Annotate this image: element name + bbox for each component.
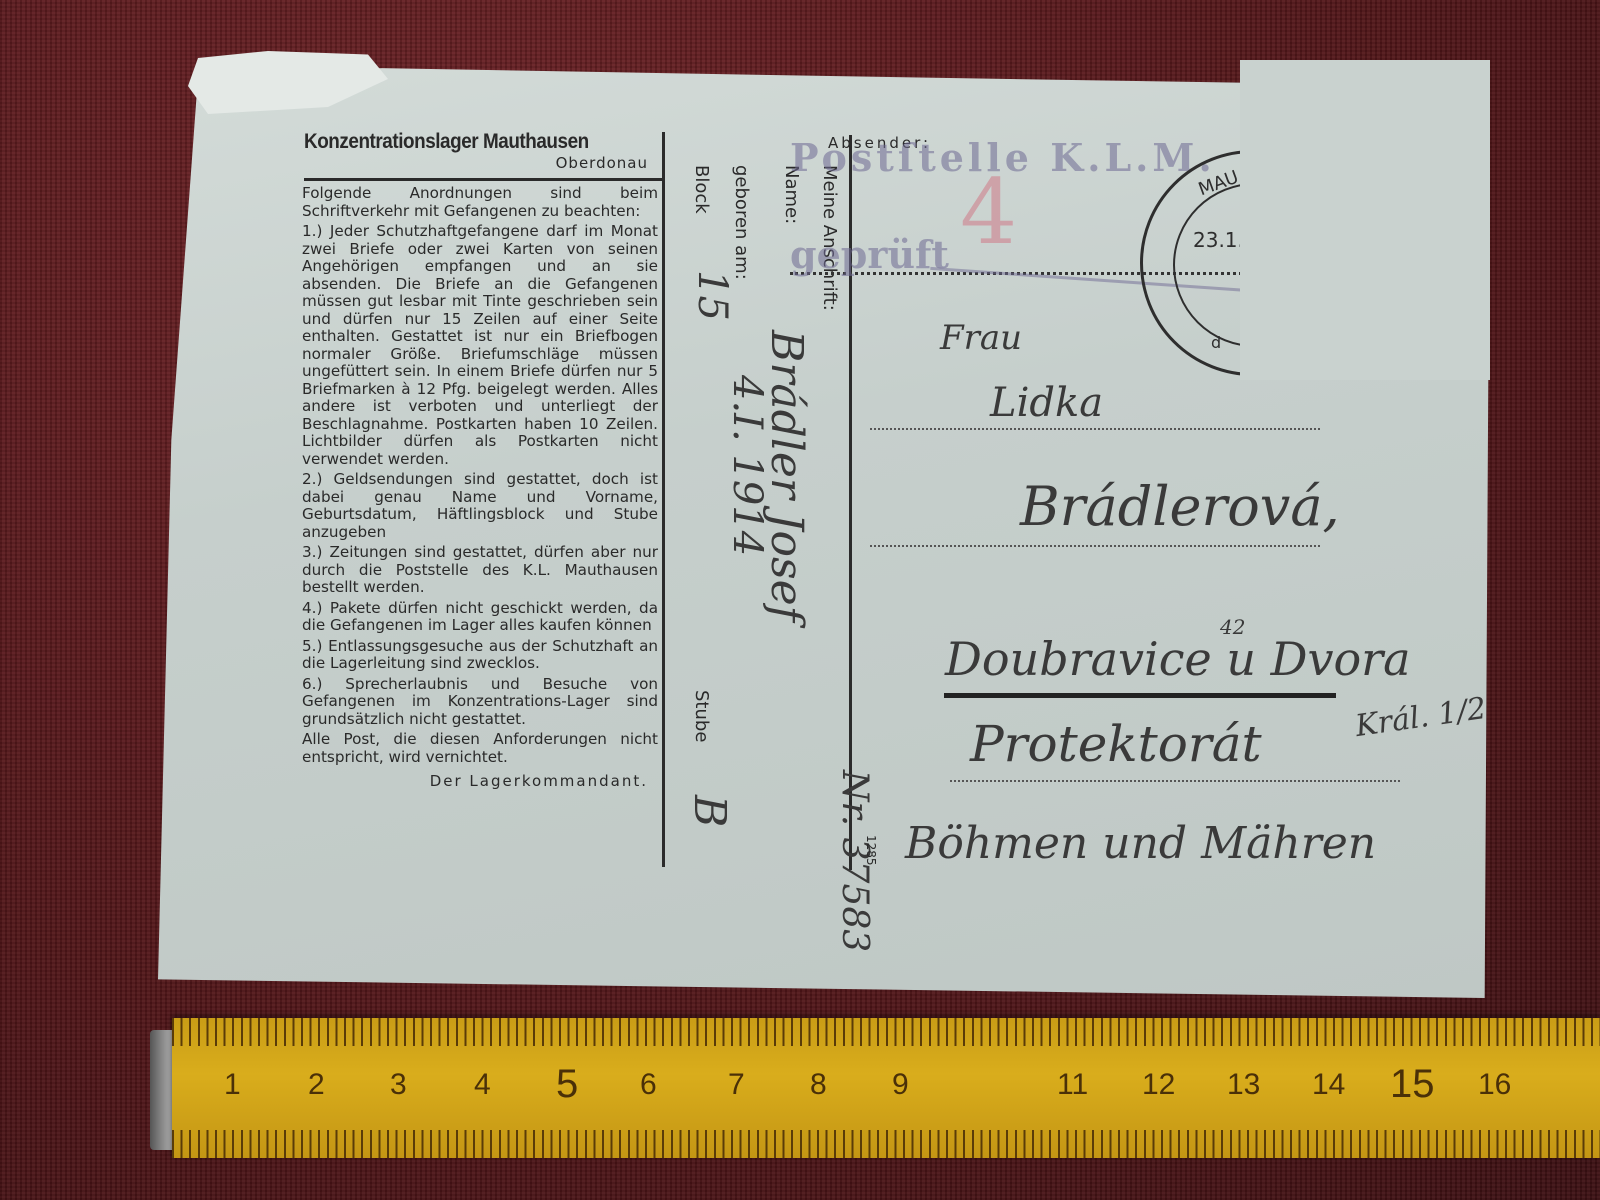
rule-1: 1.) Jeder Schutzhaftgefangene darf im Mo… xyxy=(302,223,658,468)
ruler-label: 4 xyxy=(474,1068,491,1102)
address-line-1 xyxy=(870,428,1320,430)
ruler-label: 1 xyxy=(224,1068,241,1102)
divider-line-left xyxy=(662,132,665,867)
postmark-letter: d xyxy=(1211,333,1221,352)
commandant-signature: Der Lagerkommandant. xyxy=(290,772,648,790)
ruler-label: 6 xyxy=(640,1068,657,1102)
block-label: Block xyxy=(691,165,712,214)
ruler-label: 3 xyxy=(390,1068,407,1102)
recipient-town: Doubravice u Dvora xyxy=(945,632,1411,686)
ruler-label: 2 xyxy=(308,1068,325,1102)
folding-ruler: 1 2 3 4 5 6 7 8 9 11 12 13 14 15 16 xyxy=(172,1018,1600,1158)
rule-5: 5.) Entlassungsgesuche aus der Schutzhaf… xyxy=(302,638,658,673)
form-title: Konzentrationslager Mauthausen xyxy=(304,130,626,154)
stube-label: Stube xyxy=(691,690,712,742)
ruler-label: 9 xyxy=(892,1068,909,1102)
censor-mark: 4 xyxy=(960,160,1017,265)
ruler-label: 13 xyxy=(1227,1068,1260,1102)
ruler-label: 15 xyxy=(1390,1062,1435,1107)
rule-3: 3.) Zeitungen sind gestattet, dürfen abe… xyxy=(302,544,658,597)
ruler-label: 12 xyxy=(1142,1068,1175,1102)
form-subtitle: Oberdonau xyxy=(290,154,648,172)
recipient-salutation: Frau xyxy=(940,318,1022,358)
address-line-3 xyxy=(950,780,1400,782)
born-label: geboren am: xyxy=(731,165,752,280)
ruler-ticks-bottom xyxy=(172,1130,1600,1158)
ruler-label: 7 xyxy=(728,1068,745,1102)
stamp-area-cutoff xyxy=(1240,60,1490,380)
town-underline xyxy=(944,693,1336,698)
rules-text: Folgende Anordnungen sind beim Schriftve… xyxy=(302,185,658,766)
recipient-country: Böhmen und Mähren xyxy=(905,818,1376,869)
rule-4: 4.) Pakete dürfen nicht geschickt werden… xyxy=(302,600,658,635)
rule-6: 6.) Sprecherlaubnis und Besuche von Gefa… xyxy=(302,676,658,729)
ruler-label: 11 xyxy=(1057,1068,1088,1102)
recipient-first-name: Lidka xyxy=(990,380,1103,426)
ruler-label: 5 xyxy=(556,1062,578,1107)
rules-closing: Alle Post, die diesen Anforderungen nich… xyxy=(302,731,658,766)
rule-2: 2.) Geldsendungen sind gestattet, doch i… xyxy=(302,471,658,541)
censor-stamp-line2: geprüft xyxy=(790,232,949,277)
stube-value: B xyxy=(684,795,735,827)
ruler-label: 16 xyxy=(1478,1068,1511,1102)
address-line-2 xyxy=(870,545,1320,547)
ruler-label: 8 xyxy=(810,1068,827,1102)
sender-birthdate: 4.I. 1914 xyxy=(724,375,770,556)
form-number: 1285 xyxy=(864,835,878,866)
ruler-ticks-top xyxy=(172,1018,1600,1046)
camp-rules-panel: Konzentrationslager Mauthausen Oberdonau… xyxy=(290,130,662,790)
recipient-region: Protektorát xyxy=(970,715,1262,773)
rules-intro: Folgende Anordnungen sind beim Schriftve… xyxy=(302,185,658,220)
recipient-last-name: Brádlerová, xyxy=(1020,475,1340,538)
block-value: 15 xyxy=(689,270,735,321)
ruler-label: 14 xyxy=(1312,1068,1345,1102)
title-divider xyxy=(304,178,662,181)
